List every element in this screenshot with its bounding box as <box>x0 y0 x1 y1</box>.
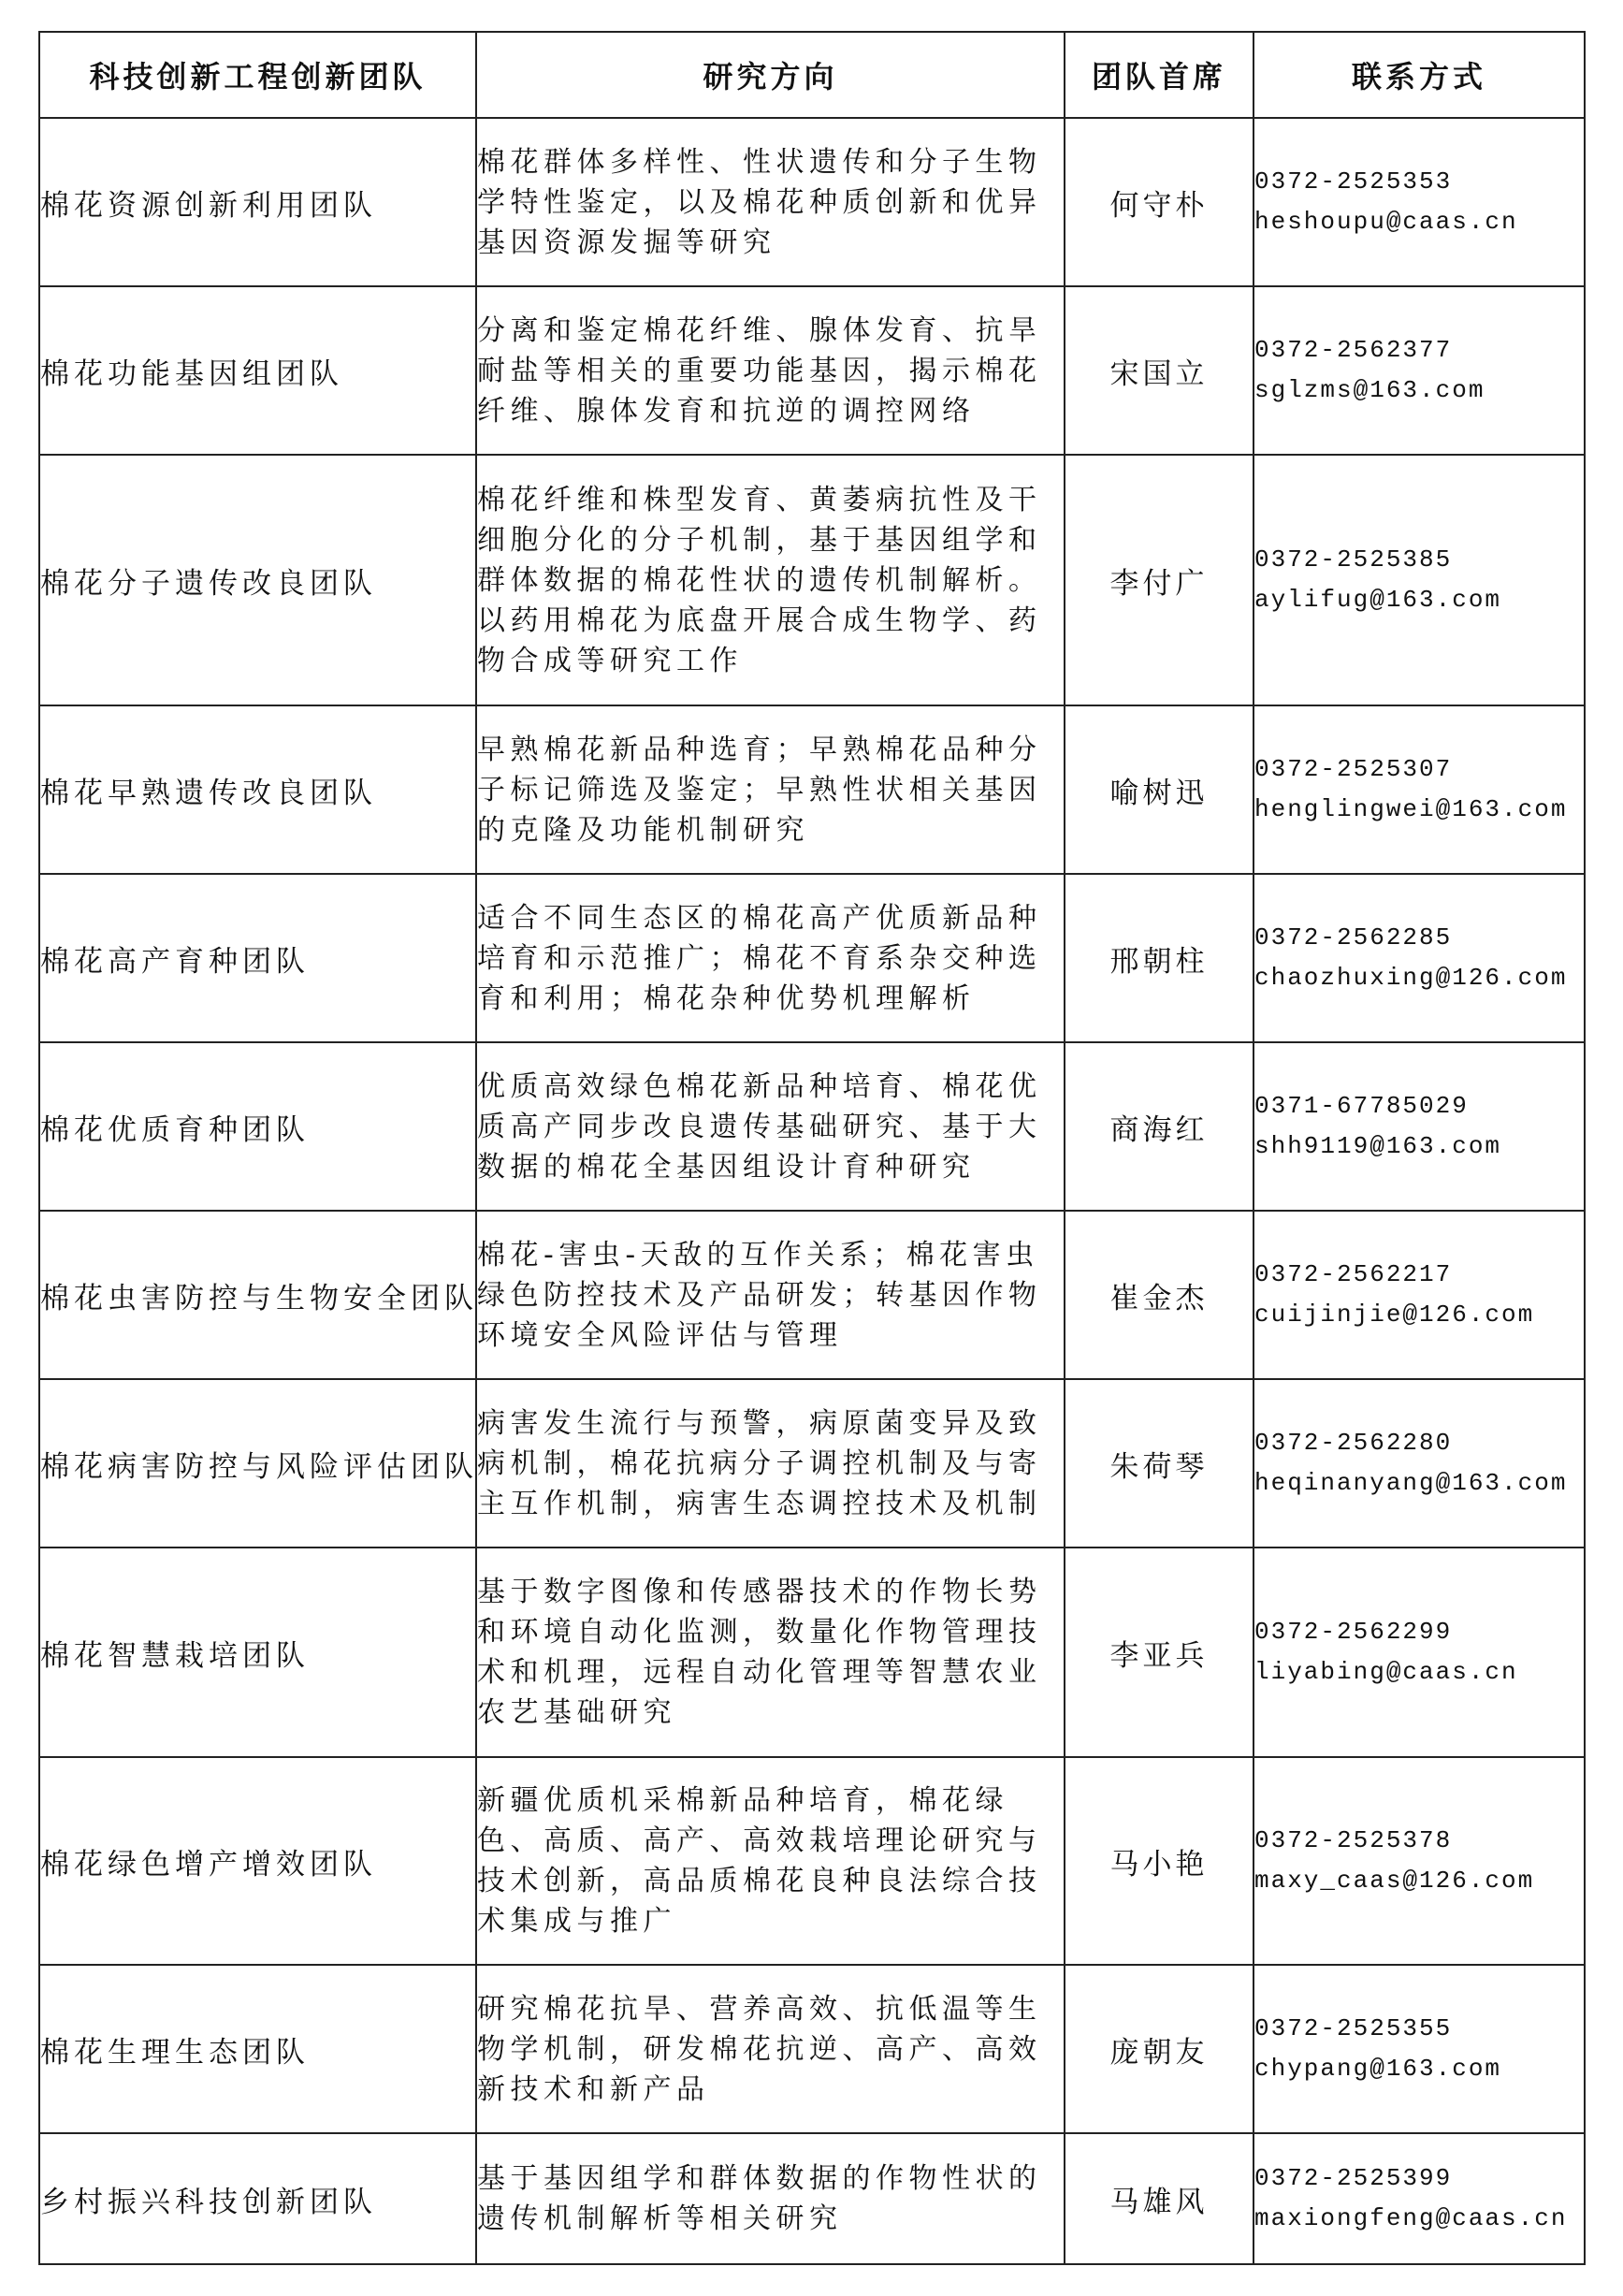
team-chief: 李亚兵 <box>1065 1548 1253 1757</box>
contact-info: 0372-2562299 liyabing@caas.cn <box>1253 1548 1585 1757</box>
email-address[interactable]: aylifug@163.com <box>1254 580 1584 620</box>
table-row: 棉花早熟遗传改良团队 早熟棉花新品种选育；早熟棉花品种分子标记筛选及鉴定；早熟性… <box>39 705 1585 874</box>
table-row: 棉花资源创新利用团队 棉花群体多样性、性状遗传和分子生物学特性鉴定，以及棉花种质… <box>39 118 1585 286</box>
table-row: 棉花病害防控与风险评估团队 病害发生流行与预警，病原菌变异及致病机制，棉花抗病分… <box>39 1379 1585 1548</box>
team-name: 棉花高产育种团队 <box>39 874 476 1042</box>
research-direction: 分离和鉴定棉花纤维、腺体发育、抗旱耐盐等相关的重要功能基因，揭示棉花纤维、腺体发… <box>476 286 1065 455</box>
team-name: 棉花绿色增产增效团队 <box>39 1757 476 1965</box>
research-direction: 基于数字图像和传感器技术的作物长势和环境自动化监测，数量化作物管理技术和机理，远… <box>476 1548 1065 1757</box>
research-direction: 棉花-害虫-天敌的互作关系；棉花害虫绿色防控技术及产品研发；转基因作物环境安全风… <box>476 1211 1065 1379</box>
research-direction: 研究棉花抗旱、营养高效、抗低温等生物学机制，研发棉花抗逆、高产、高效新技术和新产… <box>476 1965 1065 2133</box>
table-row: 乡村振兴科技创新团队 基于基因组学和群体数据的作物性状的遗传机制解析等相关研究 … <box>39 2133 1585 2264</box>
contact-info: 0372-2525385 aylifug@163.com <box>1253 455 1585 705</box>
phone-number: 0372-2525307 <box>1254 749 1584 790</box>
table-row: 棉花生理生态团队 研究棉花抗旱、营养高效、抗低温等生物学机制，研发棉花抗逆、高产… <box>39 1965 1585 2133</box>
email-address[interactable]: chypang@163.com <box>1254 2049 1584 2089</box>
phone-number: 0372-2562217 <box>1254 1255 1584 1295</box>
phone-number: 0372-2562299 <box>1254 1612 1584 1652</box>
header-team: 科技创新工程创新团队 <box>39 32 476 118</box>
research-direction: 优质高效绿色棉花新品种培育、棉花优质高产同步改良遗传基础研究、基于大数据的棉花全… <box>476 1042 1065 1211</box>
team-name: 乡村振兴科技创新团队 <box>39 2133 476 2264</box>
team-chief: 马雄风 <box>1065 2133 1253 2264</box>
table-row: 棉花高产育种团队 适合不同生态区的棉花高产优质新品种培育和示范推广；棉花不育系杂… <box>39 874 1585 1042</box>
research-direction: 早熟棉花新品种选育；早熟棉花品种分子标记筛选及鉴定；早熟性状相关基因的克隆及功能… <box>476 705 1065 874</box>
email-address[interactable]: heqinanyang@163.com <box>1254 1463 1584 1504</box>
table-header-row: 科技创新工程创新团队 研究方向 团队首席 联系方式 <box>39 32 1585 118</box>
team-name: 棉花功能基因组团队 <box>39 286 476 455</box>
contact-info: 0372-2562280 heqinanyang@163.com <box>1253 1379 1585 1548</box>
email-address[interactable]: maxiongfeng@caas.cn <box>1254 2199 1584 2239</box>
header-chief: 团队首席 <box>1065 32 1253 118</box>
email-address[interactable]: maxy_caas@126.com <box>1254 1861 1584 1901</box>
table-row: 棉花功能基因组团队 分离和鉴定棉花纤维、腺体发育、抗旱耐盐等相关的重要功能基因，… <box>39 286 1585 455</box>
team-chief: 庞朝友 <box>1065 1965 1253 2133</box>
team-name: 棉花早熟遗传改良团队 <box>39 705 476 874</box>
email-address[interactable]: sglzms@163.com <box>1254 371 1584 411</box>
phone-number: 0372-2525353 <box>1254 162 1584 202</box>
team-name: 棉花优质育种团队 <box>39 1042 476 1211</box>
contact-info: 0372-2525378 maxy_caas@126.com <box>1253 1757 1585 1965</box>
contact-info: 0372-2525307 henglingwei@163.com <box>1253 705 1585 874</box>
table-row: 棉花分子遗传改良团队 棉花纤维和株型发育、黄萎病抗性及干细胞分化的分子机制，基于… <box>39 455 1585 705</box>
research-direction: 新疆优质机采棉新品种培育，棉花绿色、高质、高产、高效栽培理论研究与技术创新，高品… <box>476 1757 1065 1965</box>
team-name: 棉花资源创新利用团队 <box>39 118 476 286</box>
email-address[interactable]: chaozhuxing@126.com <box>1254 958 1584 998</box>
team-chief: 宋国立 <box>1065 286 1253 455</box>
contact-info: 0372-2562377 sglzms@163.com <box>1253 286 1585 455</box>
team-chief: 喻树迅 <box>1065 705 1253 874</box>
phone-number: 0372-2525355 <box>1254 2009 1584 2049</box>
phone-number: 0371-67785029 <box>1254 1086 1584 1126</box>
research-direction: 病害发生流行与预警，病原菌变异及致病机制，棉花抗病分子调控机制及与寄主互作机制，… <box>476 1379 1065 1548</box>
contact-info: 0372-2525399 maxiongfeng@caas.cn <box>1253 2133 1585 2264</box>
contact-info: 0372-2562217 cuijinjie@126.com <box>1253 1211 1585 1379</box>
team-name: 棉花病害防控与风险评估团队 <box>39 1379 476 1548</box>
research-direction: 棉花群体多样性、性状遗传和分子生物学特性鉴定，以及棉花种质创新和优异基因资源发掘… <box>476 118 1065 286</box>
team-name: 棉花虫害防控与生物安全团队 <box>39 1211 476 1379</box>
table-row: 棉花智慧栽培团队 基于数字图像和传感器技术的作物长势和环境自动化监测，数量化作物… <box>39 1548 1585 1757</box>
email-address[interactable]: henglingwei@163.com <box>1254 790 1584 830</box>
team-name: 棉花分子遗传改良团队 <box>39 455 476 705</box>
email-address[interactable]: shh9119@163.com <box>1254 1126 1584 1167</box>
team-chief: 朱荷琴 <box>1065 1379 1253 1548</box>
research-direction: 适合不同生态区的棉花高产优质新品种培育和示范推广；棉花不育系杂交种选育和利用；棉… <box>476 874 1065 1042</box>
team-name: 棉花生理生态团队 <box>39 1965 476 2133</box>
team-chief: 马小艳 <box>1065 1757 1253 1965</box>
team-name: 棉花智慧栽培团队 <box>39 1548 476 1757</box>
phone-number: 0372-2525399 <box>1254 2158 1584 2199</box>
header-direction: 研究方向 <box>476 32 1065 118</box>
email-address[interactable]: liyabing@caas.cn <box>1254 1652 1584 1693</box>
research-direction: 棉花纤维和株型发育、黄萎病抗性及干细胞分化的分子机制，基于基因组学和群体数据的棉… <box>476 455 1065 705</box>
phone-number: 0372-2562377 <box>1254 330 1584 371</box>
phone-number: 0372-2525378 <box>1254 1821 1584 1861</box>
contact-info: 0372-2525353 heshoupu@caas.cn <box>1253 118 1585 286</box>
team-chief: 李付广 <box>1065 455 1253 705</box>
innovation-teams-table: 科技创新工程创新团队 研究方向 团队首席 联系方式 棉花资源创新利用团队 棉花群… <box>38 31 1586 2265</box>
table-row: 棉花优质育种团队 优质高效绿色棉花新品种培育、棉花优质高产同步改良遗传基础研究、… <box>39 1042 1585 1211</box>
team-chief: 崔金杰 <box>1065 1211 1253 1379</box>
table-row: 棉花虫害防控与生物安全团队 棉花-害虫-天敌的互作关系；棉花害虫绿色防控技术及产… <box>39 1211 1585 1379</box>
phone-number: 0372-2525385 <box>1254 540 1584 580</box>
email-address[interactable]: cuijinjie@126.com <box>1254 1295 1584 1335</box>
header-contact: 联系方式 <box>1253 32 1585 118</box>
table-row: 棉花绿色增产增效团队 新疆优质机采棉新品种培育，棉花绿色、高质、高产、高效栽培理… <box>39 1757 1585 1965</box>
contact-info: 0372-2525355 chypang@163.com <box>1253 1965 1585 2133</box>
phone-number: 0372-2562285 <box>1254 918 1584 958</box>
contact-info: 0371-67785029 shh9119@163.com <box>1253 1042 1585 1211</box>
team-chief: 邢朝柱 <box>1065 874 1253 1042</box>
team-chief: 商海红 <box>1065 1042 1253 1211</box>
email-address[interactable]: heshoupu@caas.cn <box>1254 202 1584 242</box>
contact-info: 0372-2562285 chaozhuxing@126.com <box>1253 874 1585 1042</box>
team-chief: 何守朴 <box>1065 118 1253 286</box>
phone-number: 0372-2562280 <box>1254 1423 1584 1463</box>
research-direction: 基于基因组学和群体数据的作物性状的遗传机制解析等相关研究 <box>476 2133 1065 2264</box>
